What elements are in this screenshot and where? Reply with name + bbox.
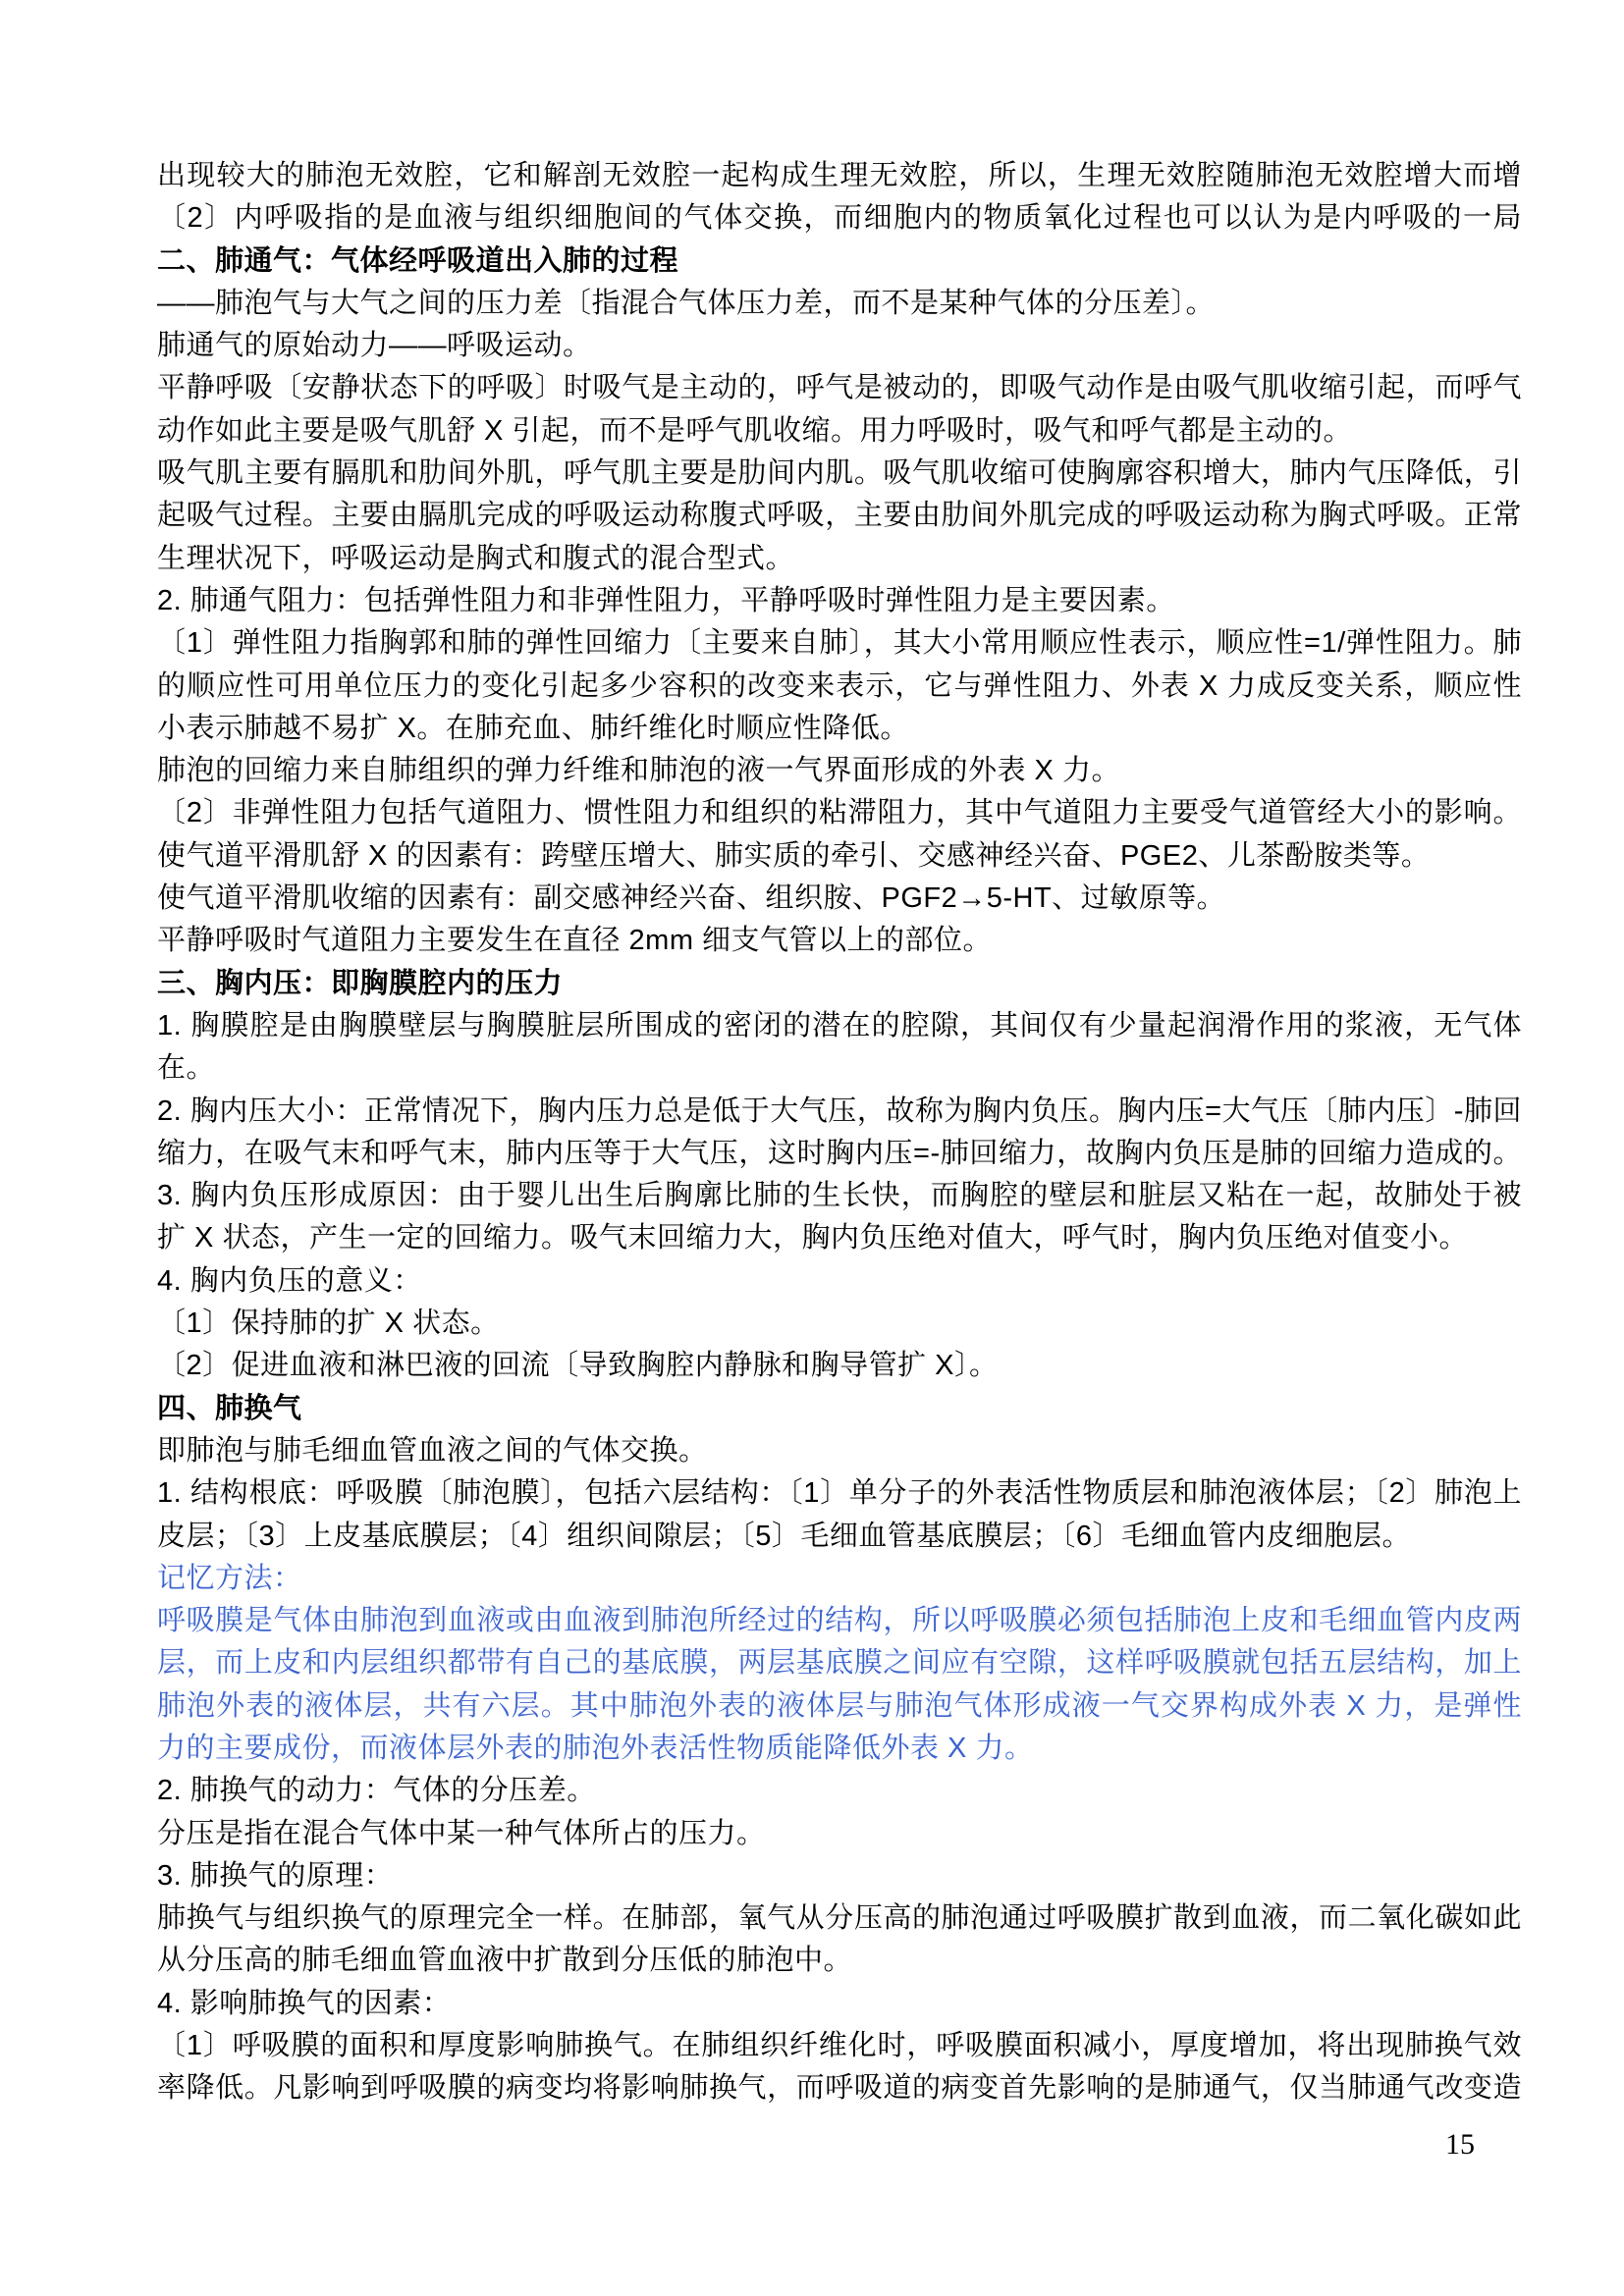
text-line: 使气道平滑肌舒 X 的因素有：跨壁压增大、肺实质的牵引、交感神经兴奋、PGE2、… <box>157 835 1522 878</box>
text-line: 肺泡的回缩力来自肺组织的弹力纤维和肺泡的液一气界面形成的外表 X 力。 <box>157 750 1522 792</box>
text-line: 肺通气的原始动力——呼吸运动。 <box>157 325 1522 367</box>
note-line: 肺泡外表的液体层，共有六层。其中肺泡外表的液体层与肺泡气体形成液一气交界构成外表… <box>157 1685 1522 1728</box>
section-heading: 三、胸内压：即胸膜腔内的压力 <box>157 963 1522 1005</box>
text-line: 2. 胸内压大小：正常情况下，胸内压力总是低于大气压，故称为胸内负压。胸内压=大… <box>157 1091 1522 1133</box>
text-line: 生理状况下，呼吸运动是胸式和腹式的混合型式。 <box>157 538 1522 580</box>
text-line: 平静呼吸时气道阻力主要发生在直径 2mm 细支气管以上的部位。 <box>157 920 1522 962</box>
text-line: 〔2〕内呼吸指的是血液与组织细胞间的气体交换，而细胞内的物质氧化过程也可以认为是… <box>157 197 1522 240</box>
text-line: 分压是指在混合气体中某一种气体所占的压力。 <box>157 1813 1522 1855</box>
text-line: 〔2〕促进血液和淋巴液的回流〔导致胸腔内静脉和胸导管扩 X〕。 <box>157 1345 1522 1387</box>
text-line: 从分压高的肺毛细血管血液中扩散到分压低的肺泡中。 <box>157 1940 1522 1982</box>
text-line: 使气道平滑肌收缩的因素有：副交感神经兴奋、组织胺、PGF2→5-HT、过敏原等。 <box>157 878 1522 920</box>
text-line: ——肺泡气与大气之间的压力差〔指混合气体压力差，而不是某种气体的分压差〕。 <box>157 283 1522 325</box>
text-line: 率降低。凡影响到呼吸膜的病变均将影响肺换气，而呼吸道的病变首先影响的是肺通气，仅… <box>157 2067 1522 2109</box>
text-line: 4. 胸内负压的意义： <box>157 1260 1522 1303</box>
text-line: 起吸气过程。主要由膈肌完成的呼吸运动称腹式呼吸，主要由肋间外肌完成的呼吸运动称为… <box>157 495 1522 537</box>
note-line: 呼吸膜是气体由肺泡到血液或由血液到肺泡所经过的结构，所以呼吸膜必须包括肺泡上皮和… <box>157 1600 1522 1642</box>
document-body: 出现较大的肺泡无效腔，它和解剖无效腔一起构成生理无效腔，所以，生理无效腔随肺泡无… <box>157 155 1522 2110</box>
text-line: 〔1〕弹性阻力指胸郭和肺的弹性回缩力〔主要来自肺〕，其大小常用顺应性表示，顺应性… <box>157 622 1522 665</box>
document-page: 出现较大的肺泡无效腔，它和解剖无效腔一起构成生理无效腔，所以，生理无效腔随肺泡无… <box>0 0 1624 2296</box>
text-line: 小表示肺越不易扩 X。在肺充血、肺纤维化时顺应性降低。 <box>157 708 1522 750</box>
text-line: 〔1〕呼吸膜的面积和厚度影响肺换气。在肺组织纤维化时，呼吸膜面积减小，厚度增加，… <box>157 2025 1522 2067</box>
text-line: 4. 影响肺换气的因素： <box>157 1983 1522 2025</box>
page-number: 15 <box>1445 2128 1475 2162</box>
text-line: 吸气肌主要有膈肌和肋间外肌，呼气肌主要是肋间内肌。吸气肌收缩可使胸廓容积增大，肺… <box>157 453 1522 495</box>
text-line: 1. 结构根底：呼吸膜〔肺泡膜〕，包括六层结构：〔1〕单分子的外表活性物质层和肺… <box>157 1472 1522 1515</box>
note-line: 记忆方法： <box>157 1558 1522 1600</box>
text-line: 肺换气与组织换气的原理完全一样。在肺部，氧气从分压高的肺泡通过呼吸膜扩散到血液，… <box>157 1897 1522 1940</box>
text-line: 〔1〕保持肺的扩 X 状态。 <box>157 1303 1522 1345</box>
text-line: 出现较大的肺泡无效腔，它和解剖无效腔一起构成生理无效腔，所以，生理无效腔随肺泡无… <box>157 155 1522 197</box>
text-line: 在。 <box>157 1047 1522 1090</box>
text-line: 的顺应性可用单位压力的变化引起多少容积的改变来表示，它与弹性阻力、外表 X 力成… <box>157 666 1522 708</box>
text-line: 平静呼吸〔安静状态下的呼吸〕时吸气是主动的，呼气是被动的，即吸气动作是由吸气肌收… <box>157 367 1522 409</box>
text-line: 3. 肺换气的原理： <box>157 1855 1522 1897</box>
section-heading: 四、肺换气 <box>157 1388 1522 1430</box>
text-line: 动作如此主要是吸气肌舒 X 引起，而不是呼气肌收缩。用力呼吸时，吸气和呼气都是主… <box>157 410 1522 453</box>
text-line: 皮层；〔3〕上皮基底膜层；〔4〕组织间隙层；〔5〕毛细血管基底膜层；〔6〕毛细血… <box>157 1516 1522 1558</box>
text-line: 缩力，在吸气末和呼气末，肺内压等于大气压，这时胸内压=-肺回缩力，故胸内负压是肺… <box>157 1133 1522 1175</box>
text-line: 1. 胸膜腔是由胸膜壁层与胸膜脏层所围成的密闭的潜在的腔隙，其间仅有少量起润滑作… <box>157 1005 1522 1047</box>
section-heading: 二、肺通气：气体经呼吸道出入肺的过程 <box>157 240 1522 283</box>
text-line: 3. 胸内负压形成原因：由于婴儿出生后胸廓比肺的生长快，而胸腔的壁层和脏层又粘在… <box>157 1175 1522 1217</box>
text-line: 即肺泡与肺毛细血管血液之间的气体交换。 <box>157 1430 1522 1472</box>
text-line: 2. 肺换气的动力：气体的分压差。 <box>157 1770 1522 1812</box>
text-line: 〔2〕非弹性阻力包括气道阻力、惯性阻力和组织的粘滞阻力，其中气道阻力主要受气道管… <box>157 792 1522 834</box>
note-line: 层，而上皮和内层组织都带有自己的基底膜，两层基底膜之间应有空隙，这样呼吸膜就包括… <box>157 1642 1522 1684</box>
text-line: 扩 X 状态，产生一定的回缩力。吸气末回缩力大，胸内负压绝对值大，呼气时，胸内负… <box>157 1217 1522 1259</box>
note-line: 力的主要成份，而液体层外表的肺泡外表活性物质能降低外表 X 力。 <box>157 1728 1522 1770</box>
text-line: 2. 肺通气阻力：包括弹性阻力和非弹性阻力，平静呼吸时弹性阻力是主要因素。 <box>157 580 1522 622</box>
